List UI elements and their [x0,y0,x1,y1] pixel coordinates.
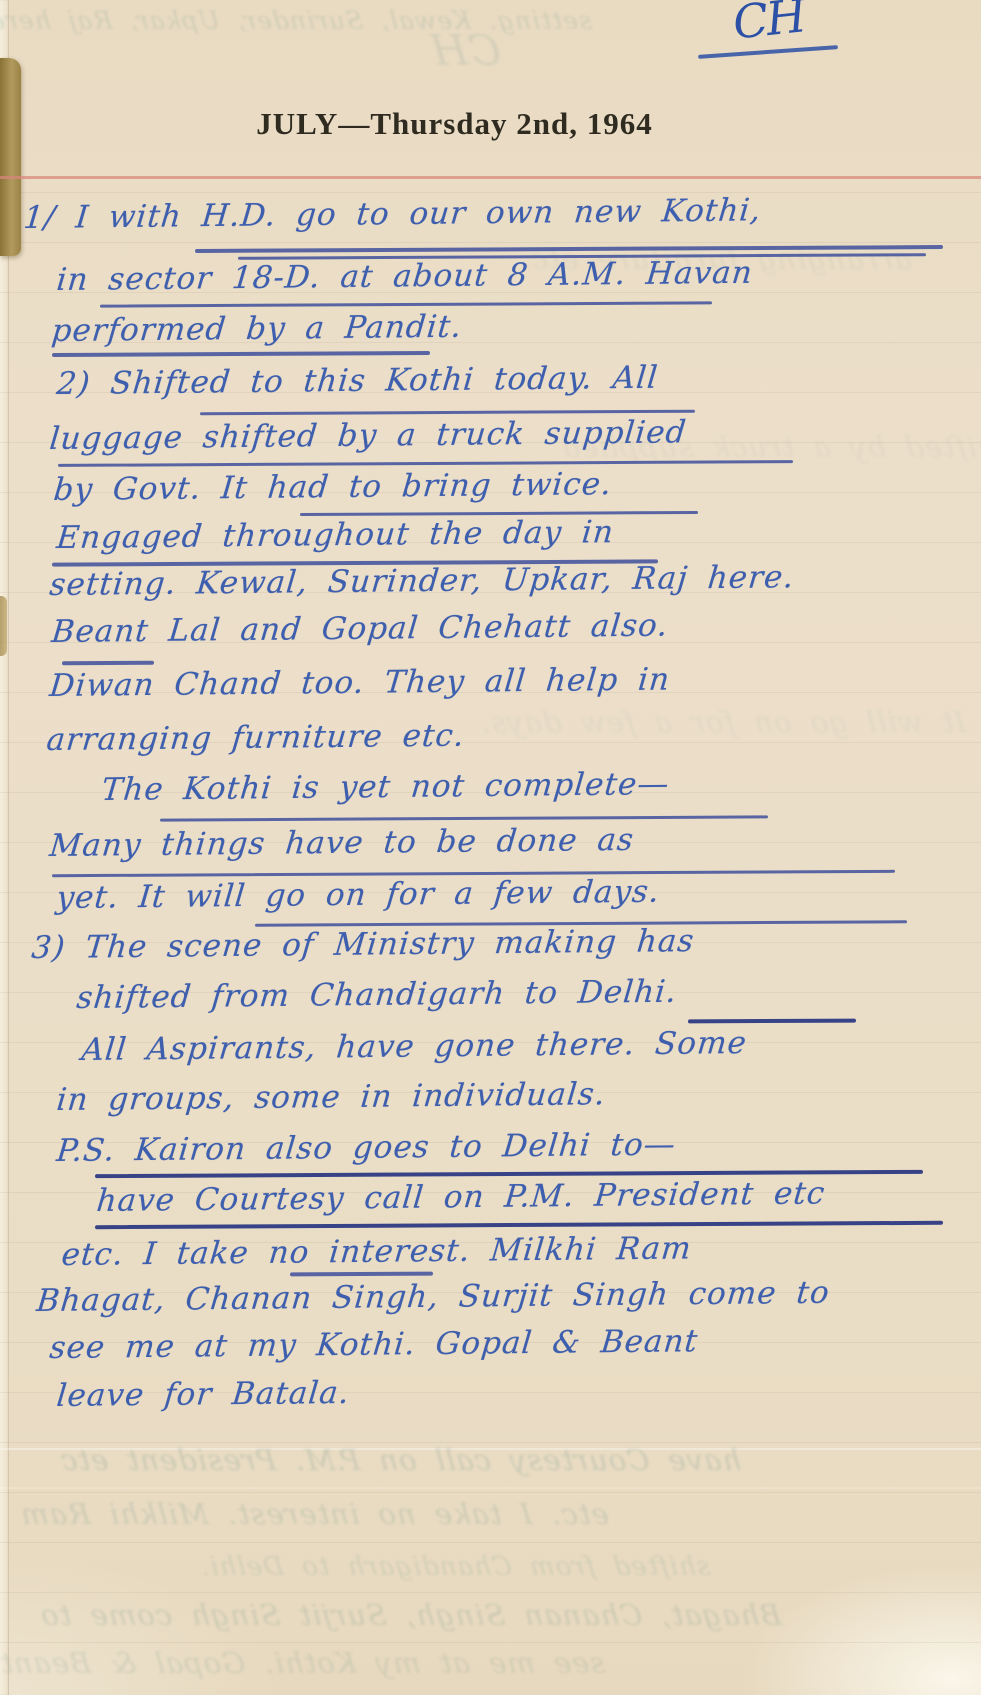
diary-line: see me at my Kothi. Gopal & Beant [48,1323,700,1366]
handwritten-corner-initials: CH [730,0,807,50]
bleedthrough-text: CH [427,26,503,75]
ink-underline [62,661,154,665]
red-margin-rule [0,176,981,179]
diary-page-scan: setting. Kewal, Surinder, Upkar, Raj her… [0,0,981,1695]
diary-line: leave for Batala. [55,1375,351,1414]
diary-line: arranging furniture etc. [45,718,466,758]
diary-line: yet. It will go on for a few days. [55,874,662,916]
printed-date-header: JULY—Thursday 2nd, 1964 [0,106,909,142]
diary-line: P.S. Kairon also goes to Delhi to— [55,1127,678,1169]
bleedthrough-text: have Courtesy call on P.M. President etc [58,1443,742,1477]
diary-line: by Govt. It had to bring twice. [52,466,614,508]
ink-underline [698,45,838,58]
bleedthrough-text: yet. It will go on for a few days. [478,705,981,739]
diary-line: All Aspirants, have gone there. Some [80,1025,749,1068]
bleedthrough-text: shifted from Chandigarh to Delhi. [198,1552,711,1582]
binding-tab [0,58,21,256]
diary-line: in sector 18-D. at about 8 A.M. Havan [55,255,754,298]
diary-line: Many things have to be done as [48,822,636,864]
binding-tab-small [0,596,7,656]
diary-line: The Kothi is yet not complete— [100,766,671,808]
ink-underline [290,1272,433,1276]
diary-line: 3) The scene of Ministry making has [30,923,696,966]
diary-line: Engaged throughout the day in [55,514,616,556]
diary-line: etc. I take no interest. Milkhi Ram [60,1230,693,1273]
bleedthrough-text: Bhagat, Chanan Singh, Surjit Singh come … [38,1598,783,1632]
diary-line: shifted from Chandigarh to Delhi. [75,974,679,1016]
diary-line: have Courtesy call on P.M. President etc [95,1175,827,1219]
diary-line: Beant Lal and Gopal Chehatt also. [50,608,670,650]
bleedthrough-text: see me at my Kothi. Gopal & Beant [0,1646,607,1680]
diary-line: in groups, some in individuals. [55,1076,607,1118]
diary-line: performed by a Pandit. [50,309,464,349]
bleedthrough-text: setting. Kewal, Surinder, Upkar, Raj her… [0,6,593,35]
paper-crease [0,1487,981,1489]
diary-line: luggage shifted by a truck supplied [48,414,688,457]
bleedthrough-text: etc. I take no interest. Milkhi Ram [18,1497,610,1531]
diary-line: 2) Shifted to this Kothi today. All [55,360,660,402]
diary-line: Diwan Chand too. They all help in [48,662,672,704]
